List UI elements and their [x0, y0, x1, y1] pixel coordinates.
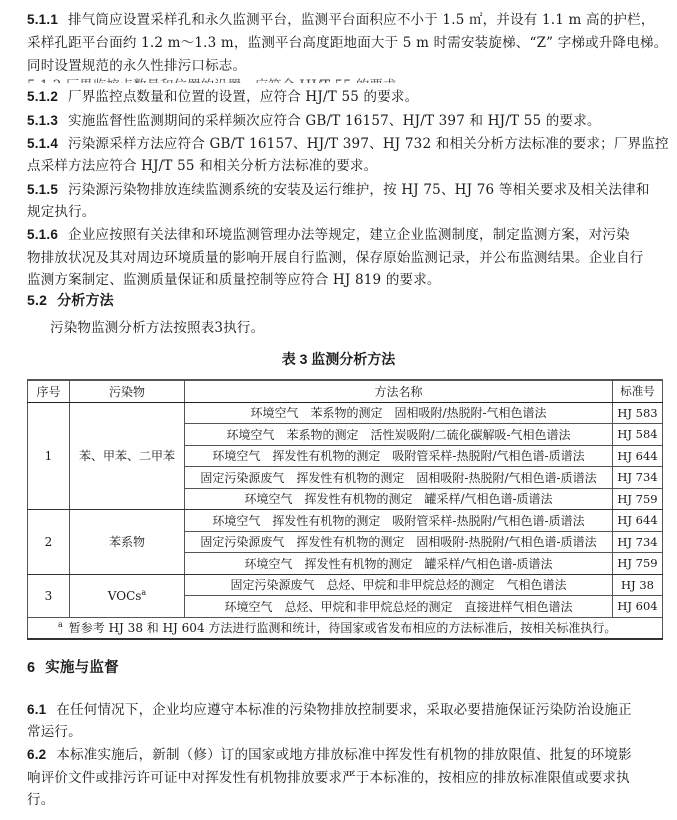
cell-method: 环境空气 挥发性有机物的测定 罐采样/气相色谱-质谱法: [185, 553, 613, 575]
clause-5-1-4-line-1: 5.1.4污染源采样方法应符合 GB/T 16157、HJ/T 397、HJ 7…: [27, 134, 669, 154]
cell-seq: 3: [28, 574, 70, 617]
cell-seq: 2: [28, 510, 70, 575]
table-row: 3 VOCsa 固定污染源废气 总烃、甲烷和非甲烷总烃的测定 气相色谱法 HJ …: [28, 574, 663, 596]
table-header-row: 序号 污染物 方法名称 标准号: [28, 380, 663, 402]
clause-number: 5.1.4: [27, 136, 58, 151]
cell-standard: HJ 584: [613, 424, 663, 446]
table-footnote: a暂参考 HJ 38 和 HJ 604 方法进行监测和统计，待国家或省发布相应的…: [28, 617, 663, 639]
cell-method: 固定污染源废气 总烃、甲烷和非甲烷总烃的测定 气相色谱法: [185, 574, 613, 596]
clause-5-1-2: 5.1.2厂界监控点数量和位置的设置，应符合 HJ/T 55 的要求。: [27, 87, 418, 107]
clause-5-1-6-line-1: 5.1.6企业应按照有关法律和环境监测管理办法等规定，建立企业监测制度，制定监测…: [27, 225, 630, 245]
clause-5-1-1-line-1: 5.1.1排气筒应设置采样孔和永久监测平台，监测平台面积应不小于 1.5 ㎡，并…: [27, 10, 655, 30]
table-3-monitoring-methods: 序号 污染物 方法名称 标准号 1 苯、甲苯、二甲苯 环境空气 苯系物的测定 固…: [27, 379, 663, 640]
clause-5-1-1-line-3: 同时设置规范的永久性排污口标志。: [27, 56, 246, 76]
cell-method: 环境空气 挥发性有机物的测定 罐采样/气相色谱-质谱法: [185, 488, 613, 510]
clause-number: 5.1.5: [27, 182, 58, 197]
cell-method: 环境空气 挥发性有机物的测定 吸附管采样-热脱附/气相色谱-质谱法: [185, 445, 613, 467]
clause-number: 5.1.6: [27, 227, 58, 242]
clause-5-1-3: 5.1.3实施监督性监测期间的采样频次应符合 GB/T 16157、HJ/T 3…: [27, 111, 601, 131]
clause-5-1-5-line-1: 5.1.5污染源污染物排放连续监测系统的安装及运行维护，按 HJ 75、HJ 7…: [27, 180, 650, 200]
section-5-2-heading: 5.2分析方法: [27, 290, 114, 310]
clause-5-1-1-line-2: 采样孔距平台面约 1.2 m～1.3 m，监测平台高度距地面大于 5 m 时需安…: [27, 33, 667, 53]
section-5-2-body: 污染物监测分析方法按照表3执行。: [50, 318, 264, 338]
clause-6-2-line-1: 6.2本标准实施后，新制（修）订的国家或地方排放标准中挥发性有机物的排放限值、批…: [27, 745, 632, 765]
clause-5-1-4-line-2: 点采样方法应符合 HJ/T 55 和相关分析方法标准的要求。: [27, 156, 377, 176]
cell-method: 环境空气 苯系物的测定 活性炭吸附/二硫化碳解吸-气相色谱法: [185, 424, 613, 446]
table-row: 2 苯系物 环境空气 挥发性有机物的测定 吸附管采样-热脱附/气相色谱-质谱法 …: [28, 510, 663, 532]
clause-5-1-5-line-2: 规定执行。: [27, 202, 96, 222]
footnote-marker: a: [141, 588, 146, 597]
cell-standard: HJ 759: [613, 553, 663, 575]
cell-pollutant: 苯、甲苯、二甲苯: [70, 402, 185, 510]
cell-standard: HJ 644: [613, 510, 663, 532]
clause-number: 6.2: [27, 747, 46, 762]
cell-standard: HJ 734: [613, 531, 663, 553]
cell-standard: HJ 604: [613, 596, 663, 618]
cell-method: 环境空气 挥发性有机物的测定 吸附管采样-热脱附/气相色谱-质谱法: [185, 510, 613, 532]
table-row: 1 苯、甲苯、二甲苯 环境空气 苯系物的测定 固相吸附/热脱附-气相色谱法 HJ…: [28, 402, 663, 424]
clause-5-1-6-line-2: 物排放状况及其对周边环境质量的影响开展自行监测，保存原始监测记录，并公布监测结果…: [27, 248, 644, 268]
table-footnote-row: a暂参考 HJ 38 和 HJ 604 方法进行监测和统计，待国家或省发布相应的…: [28, 617, 663, 639]
clause-6-2-line-3: 行。: [27, 790, 54, 810]
clause-number: 6.1: [27, 702, 46, 717]
cell-standard: HJ 644: [613, 445, 663, 467]
clause-6-1-line-1: 6.1在任何情况下，企业均应遵守本标准的污染物排放控制要求，采取必要措施保证污染…: [27, 700, 632, 720]
header-method: 方法名称: [185, 380, 613, 402]
footnote-marker: a: [58, 620, 63, 629]
clause-6-1-line-2: 常运行。: [27, 722, 82, 742]
cell-standard: HJ 734: [613, 467, 663, 489]
clipped-text-artifact: 5.1.2 厂界监控点数量和位置的设置，应符合 HJ/T 55 的要求。: [27, 76, 667, 83]
header-pollutant: 污染物: [70, 380, 185, 402]
cell-standard: HJ 38: [613, 574, 663, 596]
cell-method: 固定污染源废气 挥发性有机物的测定 固相吸附-热脱附/气相色谱-质谱法: [185, 467, 613, 489]
cell-method: 环境空气 苯系物的测定 固相吸附/热脱附-气相色谱法: [185, 402, 613, 424]
cell-pollutant: VOCsa: [70, 574, 185, 617]
cell-standard: HJ 759: [613, 488, 663, 510]
cell-pollutant: 苯系物: [70, 510, 185, 575]
header-seq: 序号: [28, 380, 70, 402]
clause-5-1-6-line-3: 监测方案制定、监测质量保证和质量控制等应符合 HJ 819 的要求。: [27, 270, 441, 290]
cell-method: 固定污染源废气 挥发性有机物的测定 固相吸附-热脱附/气相色谱-质谱法: [185, 531, 613, 553]
cell-method: 环境空气 总烃、甲烷和非甲烷总烃的测定 直接进样气相色谱法: [185, 596, 613, 618]
clause-number: 5.1.1: [27, 12, 58, 27]
cell-seq: 1: [28, 402, 70, 510]
table-3-caption: 表 3 监测分析方法: [0, 349, 677, 369]
clause-6-2-line-2: 响评价文件或排污许可证中对挥发性有机物排放要求严于本标准的，按相应的排放标准限值…: [27, 768, 630, 788]
section-6-heading: 6实施与监督: [27, 658, 119, 678]
clause-number: 5.1.2: [27, 89, 58, 104]
clause-number: 5.1.3: [27, 113, 58, 128]
cell-standard: HJ 583: [613, 402, 663, 424]
header-standard: 标准号: [613, 380, 663, 402]
